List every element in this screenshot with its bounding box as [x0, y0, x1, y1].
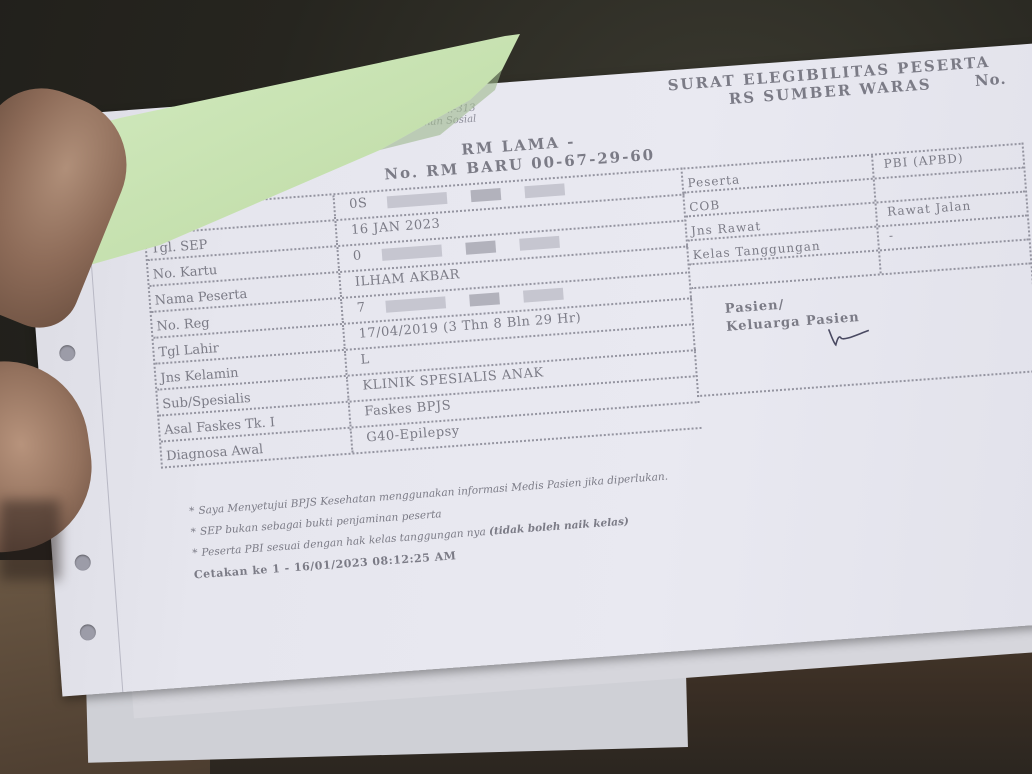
- signature-scribble-icon: [824, 322, 876, 350]
- letter-header: SURAT ELEGIBILITAS PESERTA RS SUMBER WAR…: [664, 53, 996, 113]
- tractor-hole: [74, 554, 91, 571]
- letter-number-label: No.: [974, 70, 1007, 90]
- hand-shadow: [0, 500, 60, 580]
- tractor-hole: [79, 624, 96, 641]
- notes-section: *Saya Menyetujui BPJS Kesehatan mengguna…: [189, 467, 674, 586]
- coverage-fields-table: PesertaPBI (APBD)COBJns RawatRawat Jalan…: [680, 143, 1032, 398]
- tractor-hole: [59, 345, 76, 362]
